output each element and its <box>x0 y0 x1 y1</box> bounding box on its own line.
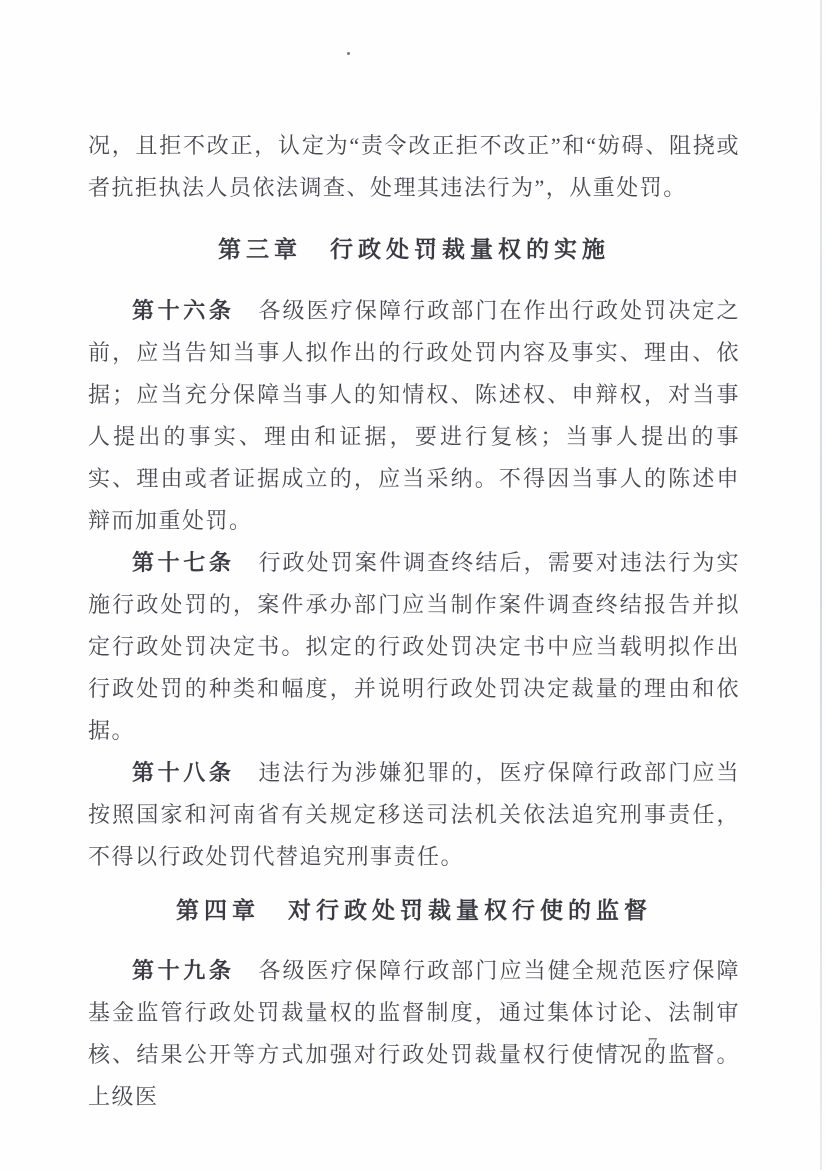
article-17-text: 行政处罚案件调查终结后，需要对违法行为实施行政处罚的，案件承办部门应当制作案件调… <box>88 550 740 743</box>
chapter-3-heading: 第三章 行政处罚裁量权的实施 <box>88 231 740 267</box>
article-16-text: 各级医疗保障行政部门在作出行政处罚决定之前，应当告知当事人拟作出的行政处罚内容及… <box>88 298 740 533</box>
paragraph-continuation: 况，且拒不改正，认定为“责令改正拒不改正”和“妨碍、阻挠或者抗拒执法人员依法调查… <box>88 125 740 209</box>
chapter-4-heading: 第四章 对行政处罚裁量权行使的监督 <box>88 892 740 928</box>
document-content: 况，且拒不改正，认定为“责令改正拒不改正”和“妨碍、阻挠或者抗拒执法人员依法调查… <box>0 0 827 1118</box>
article-17-number: 第十七条 <box>132 550 234 575</box>
article-16-number: 第十六条 <box>132 298 234 323</box>
article-18-paragraph: 第十八条违法行为涉嫌犯罪的，医疗保障行政部门应当按照国家和河南省有关规定移送司法… <box>88 752 740 878</box>
article-19-number: 第十九条 <box>132 958 234 983</box>
document-page: 况，且拒不改正，认定为“责令改正拒不改正”和“妨碍、阻挠或者抗拒执法人员依法调查… <box>0 0 827 1170</box>
article-16-paragraph: 第十六条各级医疗保障行政部门在作出行政处罚决定之前，应当告知当事人拟作出的行政处… <box>88 290 740 542</box>
page-number: — 7 — <box>596 1034 716 1057</box>
article-18-number: 第十八条 <box>132 760 234 785</box>
article-17-paragraph: 第十七条行政处罚案件调查终结后，需要对违法行为实施行政处罚的，案件承办部门应当制… <box>88 542 740 752</box>
